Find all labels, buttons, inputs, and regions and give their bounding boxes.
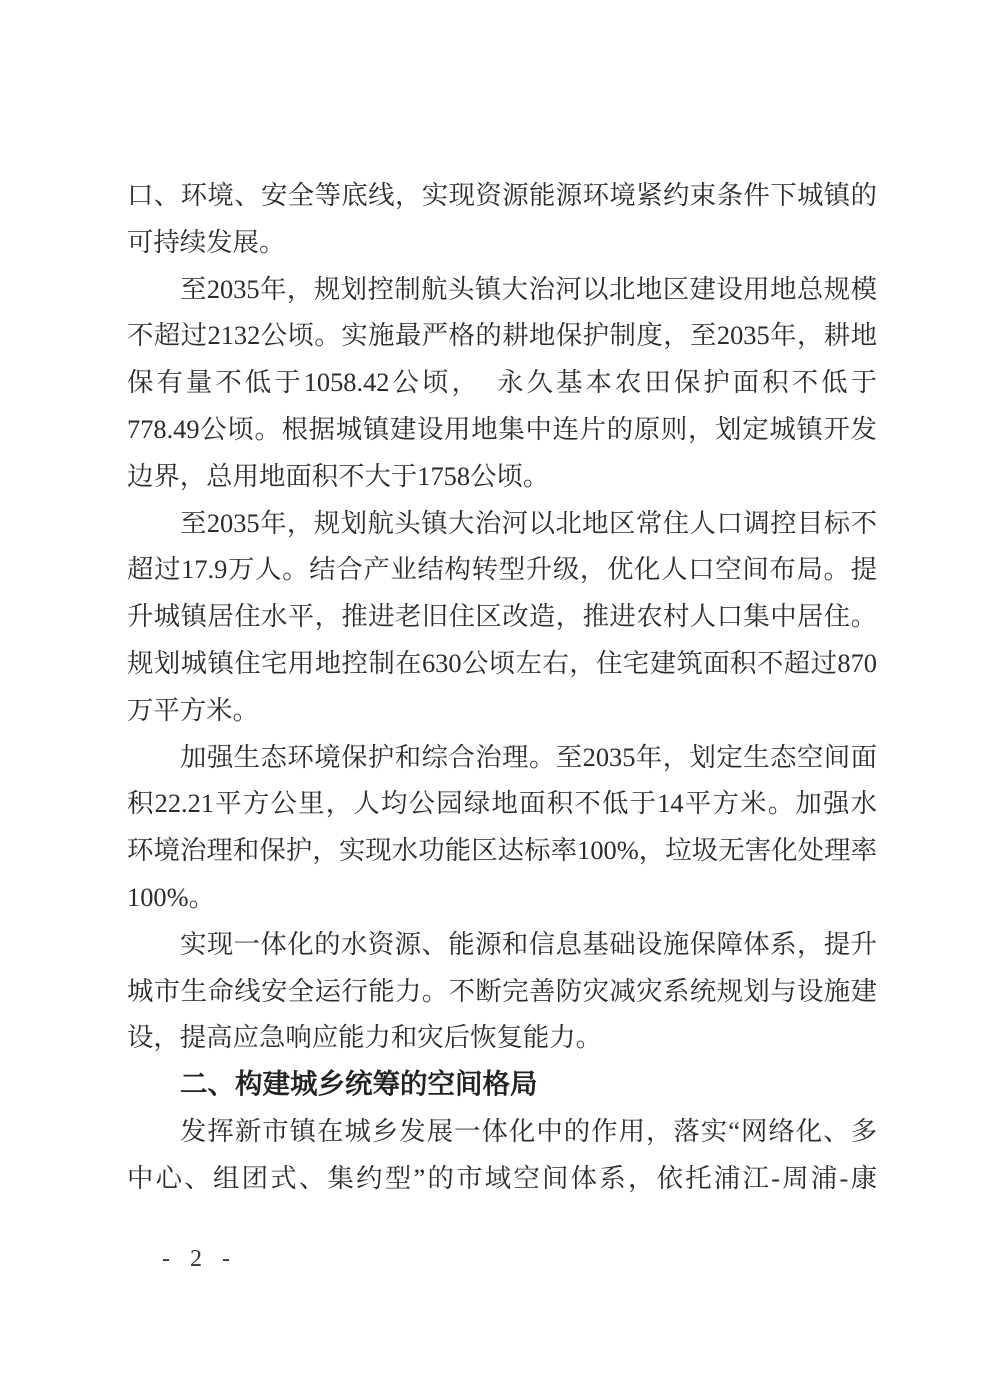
text-line: 至2035年，规划航头镇大治河以北地区常住人口调控目标不 (127, 500, 877, 547)
text-line: 积22.21平方公里，人均公园绿地面积不低于14平方米。加强水 (127, 780, 877, 827)
text-line: 加强生态环境保护和综合治理。至2035年，划定生态空间面 (127, 734, 877, 781)
text-line: 边界，总用地面积不大于1758公顷。 (127, 453, 877, 500)
text-line: 中心、组团式、集约型”的市域空间体系，依托浦江-周浦-康 (127, 1155, 877, 1202)
text-line: 保有量不低于1058.42公顷， 永久基本农田保护面积不低于 (127, 359, 877, 406)
text-block: 口、环境、安全等底线，实现资源能源环境紧约束条件下城镇的 可持续发展。 至203… (127, 172, 877, 1202)
section-heading: 二、构建城乡统筹的空间格局 (127, 1061, 877, 1108)
text-line: 口、环境、安全等底线，实现资源能源环境紧约束条件下城镇的 (127, 172, 877, 219)
text-line: 100%。 (127, 874, 877, 921)
text-line: 不超过2132公顷。实施最严格的耕地保护制度，至2035年，耕地 (127, 312, 877, 359)
text-line: 超过17.9万人。结合产业结构转型升级，优化人口空间布局。提 (127, 546, 877, 593)
text-line: 发挥新市镇在城乡发展一体化中的作用，落实“网络化、多 (127, 1108, 877, 1155)
text-line: 至2035年，规划控制航头镇大治河以北地区建设用地总规模 (127, 266, 877, 313)
text-line: 778.49公顷。根据城镇建设用地集中连片的原则，划定城镇开发 (127, 406, 877, 453)
text-line: 升城镇居住水平，推进老旧住区改造，推进农村人口集中居住。 (127, 593, 877, 640)
text-line: 规划城镇住宅用地控制在630公顷左右，住宅建筑面积不超过870 (127, 640, 877, 687)
text-line: 实现一体化的水资源、能源和信息基础设施保障体系，提升 (127, 921, 877, 968)
page-number: - 2 - (162, 1242, 237, 1276)
text-line: 可持续发展。 (127, 219, 877, 266)
text-line: 环境治理和保护，实现水功能区达标率100%，垃圾无害化处理率 (127, 827, 877, 874)
text-line: 万平方米。 (127, 687, 877, 734)
text-line: 城市生命线安全运行能力。不断完善防灾减灾系统规划与设施建 (127, 968, 877, 1015)
text-line: 设，提高应急响应能力和灾后恢复能力。 (127, 1014, 877, 1061)
document-page: 口、环境、安全等底线，实现资源能源环境紧约束条件下城镇的 可持续发展。 至203… (0, 0, 990, 1400)
